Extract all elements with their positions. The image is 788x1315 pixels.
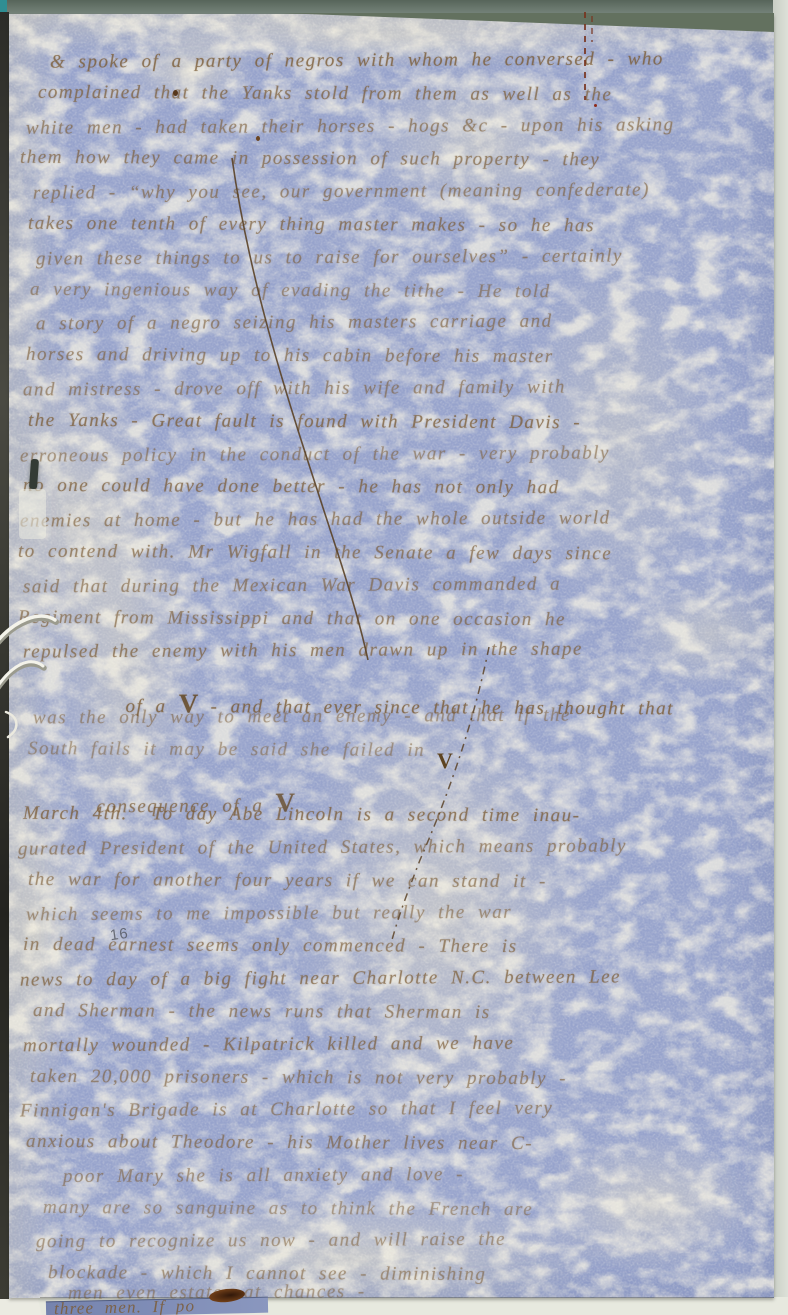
manuscript-line: a story of a negro seizing his masters c… — [36, 311, 553, 336]
manuscript-line: and mistress - drove off with his wife a… — [23, 377, 566, 402]
manuscript-line: taken 20,000 prisoners - which is not ve… — [30, 1066, 567, 1090]
scanner-bed-top-strip — [0, 0, 788, 14]
manuscript-line: Finnigan's Brigade is at Charlotte so th… — [20, 1098, 553, 1123]
manuscript-line: repulsed the enemy with his men drawn up… — [23, 639, 583, 664]
manuscript-line: white men - had taken their horses - hog… — [26, 114, 675, 139]
manuscript-line: replied - “why you see, our government (… — [33, 179, 650, 204]
manuscript-line: no one could have done better - he has n… — [23, 475, 560, 499]
manuscript-line: to contend with. Mr Wigfall in the Senat… — [18, 541, 612, 566]
pencil-page-number: 16 — [109, 925, 130, 944]
manuscript-line: news to day of a big fight near Charlott… — [20, 966, 621, 991]
insertion-caret-mark: V — [437, 748, 453, 774]
manuscript-line: in dead earnest seems only commenced - T… — [23, 934, 518, 958]
handwritten-text-layer: & spoke of a party of negros with whom h… — [9, 14, 774, 1298]
manuscript-line: said that during the Mexican War Davis c… — [23, 574, 561, 599]
scanned-letter-page: & spoke of a party of negros with whom h… — [0, 0, 788, 1315]
binding-gutter-shadow — [0, 12, 9, 1299]
manuscript-line: them how they came in possession of such… — [20, 147, 600, 172]
manuscript-line: going to recognize us now - and will rai… — [36, 1229, 506, 1253]
stain-dot — [594, 104, 597, 107]
manuscript-line: which seems to me impossible but really … — [26, 902, 512, 927]
manuscript-line: the war for another four years if we can… — [28, 869, 547, 893]
manuscript-line: the Yanks - Great fault is found with Pr… — [28, 410, 581, 434]
scanner-corner-sliver — [0, 0, 7, 12]
stain-dot — [173, 90, 178, 96]
manuscript-line: given these things to us to raise for ou… — [36, 245, 623, 270]
stain-dot — [256, 136, 260, 141]
manuscript-line: many are so sanguine as to think the Fre… — [43, 1197, 533, 1221]
manuscript-line: poor Mary she is all anxiety and love - — [63, 1164, 464, 1188]
dashed-fold-mark-top — [591, 16, 593, 42]
manuscript-line: March 4th. To day Abe Lincoln is a secon… — [23, 803, 581, 827]
manuscript-line: horses and driving up to his cabin befor… — [26, 344, 554, 368]
manuscript-line: takes one tenth of every thing master ma… — [28, 213, 595, 237]
manuscript-line: erroneous policy in the conduct of the w… — [20, 442, 610, 467]
manuscript-line: & spoke of a party of negros with whom h… — [50, 48, 664, 73]
manuscript-line: enemies at home - but he has had the who… — [20, 507, 611, 532]
backing-sheet-right-edge — [773, 0, 788, 1315]
manuscript-line: and Sherman - the news runs that Sherman… — [33, 1000, 491, 1024]
manuscript-line: gurated President of the United States, … — [18, 835, 627, 860]
manuscript-line: mortally wounded - Kilpatrick killed and… — [23, 1033, 514, 1058]
manuscript-line: South fails it may be said she failed in — [28, 738, 425, 762]
manuscript-line: anxious about Theodore - his Mother live… — [26, 1131, 533, 1155]
manuscript-line: Regiment from Mississippi and that on on… — [18, 607, 566, 631]
dashed-fold-mark-top — [584, 12, 586, 100]
manuscript-line: a very ingenious way of evading the tith… — [30, 279, 551, 303]
manuscript-line: was the only way to meet an enemy - and … — [33, 705, 571, 730]
page-bottom-edge-seam — [40, 1297, 774, 1298]
manuscript-line: complained that the Yanks stold from the… — [38, 82, 612, 107]
tape-remnant-patch — [19, 489, 46, 539]
